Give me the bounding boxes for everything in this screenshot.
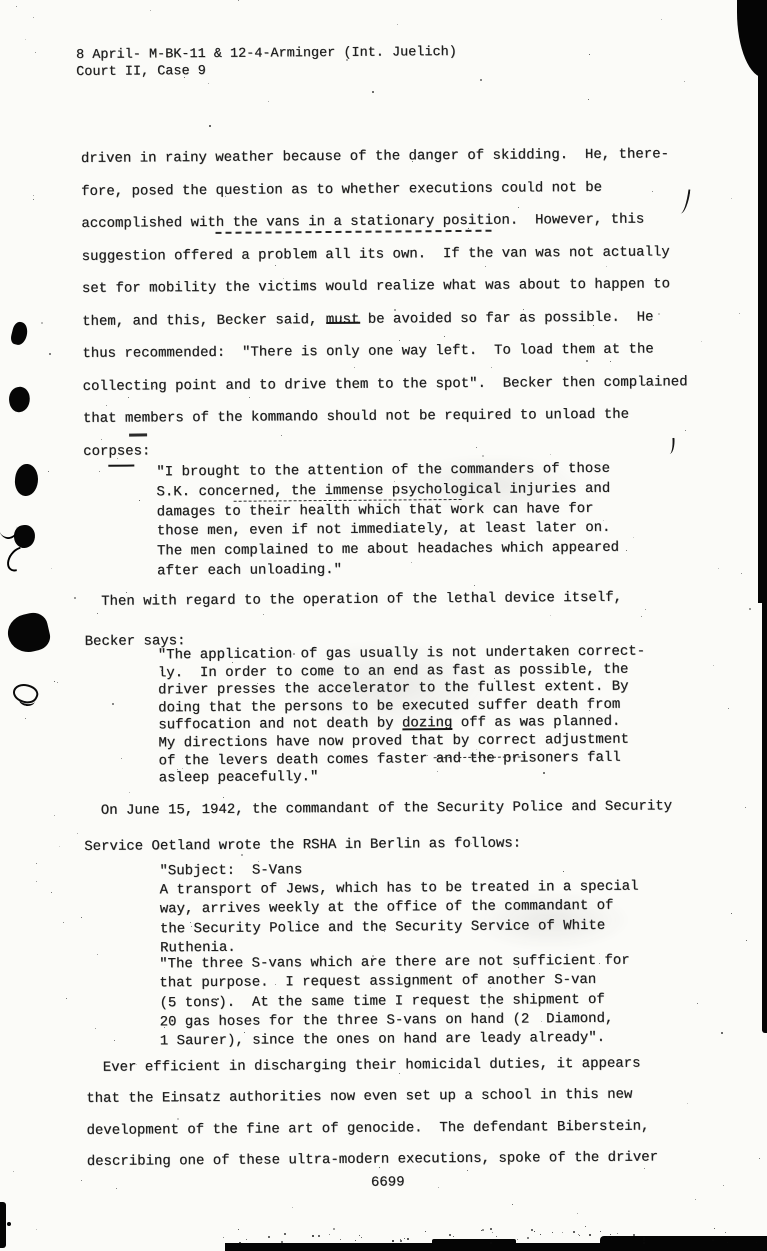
dash-mark-artifact bbox=[129, 433, 147, 436]
noise-speck bbox=[589, 1234, 591, 1236]
noise-speck bbox=[550, 615, 551, 616]
noise-speck bbox=[589, 710, 590, 711]
noise-speck bbox=[268, 101, 269, 102]
noise-speck bbox=[238, 1229, 239, 1230]
text-line: On June 15, 1942, the commandant of the … bbox=[84, 788, 672, 829]
noise-speck bbox=[249, 397, 250, 398]
noise-speck bbox=[49, 353, 51, 355]
noise-speck bbox=[541, 1021, 542, 1022]
noise-speck bbox=[33, 17, 34, 18]
text-line: The men complained to me about headaches… bbox=[157, 539, 619, 562]
noise-speck bbox=[550, 454, 551, 455]
typewritten-text-layer: 8 April- M-BK-11 & 12-4-Arminger (Int. J… bbox=[0, 0, 767, 1251]
noise-speck bbox=[238, 0, 239, 1]
scan-edge-right bbox=[758, 58, 767, 603]
noise-speck bbox=[701, 341, 702, 342]
noise-speck bbox=[518, 207, 519, 208]
noise-speck bbox=[579, 1235, 580, 1236]
text-line: accomplished with the vans in a stationa… bbox=[81, 203, 686, 240]
noise-speck bbox=[99, 471, 100, 472]
noise-speck bbox=[482, 1229, 484, 1231]
noise-speck bbox=[35, 52, 36, 53]
noise-speck bbox=[63, 922, 64, 923]
noise-speck bbox=[412, 161, 413, 162]
noise-speck bbox=[578, 1234, 579, 1235]
scan-smudge bbox=[400, 455, 580, 515]
noise-speck bbox=[727, 1242, 728, 1243]
noise-speck bbox=[74, 597, 76, 599]
noise-speck bbox=[482, 455, 484, 457]
text-line: them, and this, Becker said, must be avo… bbox=[82, 301, 687, 338]
noise-speck bbox=[749, 608, 751, 610]
noise-speck bbox=[518, 967, 519, 968]
noise-speck bbox=[658, 313, 660, 315]
noise-speck bbox=[543, 772, 545, 774]
noise-speck bbox=[512, 1204, 513, 1205]
noise-speck bbox=[54, 815, 55, 816]
scan-edge-bottom-left bbox=[7, 1222, 11, 1226]
text-line: Then with regard to the operation of the… bbox=[84, 578, 622, 622]
noise-speck bbox=[36, 863, 37, 864]
noise-speck bbox=[101, 439, 102, 440]
noise-speck bbox=[394, 309, 396, 311]
noise-speck bbox=[490, 1242, 492, 1244]
noise-speck bbox=[191, 926, 192, 927]
noise-speck bbox=[611, 1238, 612, 1239]
scan-smudge bbox=[280, 640, 500, 730]
underline-must bbox=[326, 322, 360, 324]
noise-speck bbox=[370, 413, 371, 414]
noise-speck bbox=[315, 710, 316, 711]
noise-speck bbox=[275, 984, 276, 985]
noise-speck bbox=[268, 1236, 270, 1238]
noise-speck bbox=[328, 286, 329, 287]
noise-speck bbox=[474, 585, 475, 586]
noise-speck bbox=[394, 481, 395, 482]
noise-speck bbox=[481, 671, 482, 672]
noise-speck bbox=[36, 1229, 37, 1230]
text-line: Ever efficient in discharging their homi… bbox=[86, 1048, 658, 1084]
noise-speck bbox=[340, 1239, 341, 1240]
block-quote-3b: "The three S-vans which are there are no… bbox=[159, 952, 630, 1052]
noise-speck bbox=[641, 616, 642, 617]
noise-speck bbox=[106, 405, 107, 406]
noise-speck bbox=[442, 975, 443, 976]
text-line: development of the fine art of genocide.… bbox=[86, 1111, 658, 1147]
noise-speck bbox=[610, 361, 611, 362]
noise-speck bbox=[476, 447, 477, 448]
text-line: that the Einsatz authorities now even se… bbox=[86, 1080, 658, 1116]
noise-speck bbox=[425, 1231, 426, 1232]
noise-speck bbox=[139, 500, 140, 501]
noise-speck bbox=[645, 609, 646, 610]
noise-speck bbox=[359, 1235, 360, 1236]
noise-speck bbox=[33, 199, 34, 200]
noise-speck bbox=[177, 769, 178, 770]
noise-speck bbox=[562, 1232, 563, 1233]
noise-speck bbox=[251, 1154, 252, 1155]
noise-speck bbox=[397, 24, 398, 25]
noise-speck bbox=[617, 1233, 618, 1234]
noise-speck bbox=[523, 309, 524, 310]
noise-speck bbox=[225, 196, 226, 197]
noise-speck bbox=[165, 949, 166, 950]
text-line: driven in rainy weather because of the d… bbox=[81, 138, 686, 175]
noise-speck bbox=[492, 1232, 493, 1233]
noise-speck bbox=[66, 998, 67, 999]
scan-edge-bottom bbox=[600, 1236, 767, 1246]
noise-speck bbox=[661, 19, 662, 20]
noise-speck bbox=[81, 1180, 82, 1181]
noise-speck bbox=[281, 435, 282, 436]
noise-speck bbox=[95, 1028, 96, 1029]
noise-speck bbox=[97, 613, 98, 614]
noise-speck bbox=[77, 833, 78, 834]
noise-speck bbox=[239, 1242, 241, 1244]
noise-speck bbox=[128, 397, 129, 398]
noise-speck bbox=[444, 336, 445, 337]
noise-speck bbox=[208, 83, 209, 84]
noise-speck bbox=[756, 1242, 757, 1243]
noise-speck bbox=[59, 846, 60, 847]
noise-speck bbox=[257, 683, 258, 684]
noise-speck bbox=[355, 1240, 356, 1241]
noise-speck bbox=[668, 384, 669, 385]
noise-speck bbox=[449, 1234, 451, 1236]
noise-speck bbox=[241, 854, 243, 856]
noise-speck bbox=[589, 54, 590, 55]
dash-mark-artifact bbox=[108, 465, 134, 467]
noise-speck bbox=[121, 758, 122, 759]
noise-speck bbox=[372, 91, 374, 93]
noise-speck bbox=[718, 568, 719, 569]
scan-smudge bbox=[470, 890, 630, 950]
noise-speck bbox=[136, 1064, 137, 1065]
noise-speck bbox=[36, 881, 37, 882]
paragraph-1: driven in rainy weather because of the d… bbox=[81, 138, 688, 468]
noise-speck bbox=[153, 386, 154, 387]
noise-speck bbox=[695, 1199, 696, 1200]
noise-speck bbox=[246, 1239, 247, 1240]
text-line: 8 April- M-BK-11 & 12-4-Arminger (Int. J… bbox=[76, 44, 457, 64]
noise-speck bbox=[263, 614, 264, 615]
text-line: set for mobility the victims would reali… bbox=[82, 268, 687, 305]
noise-speck bbox=[384, 931, 385, 932]
noise-speck bbox=[658, 1236, 659, 1237]
noise-speck bbox=[284, 1233, 286, 1235]
noise-speck bbox=[223, 797, 224, 798]
noise-speck bbox=[209, 125, 211, 127]
noise-speck bbox=[16, 6, 17, 7]
noise-speck bbox=[731, 198, 732, 199]
noise-speck bbox=[490, 987, 491, 988]
noise-speck bbox=[41, 322, 43, 324]
noise-speck bbox=[714, 1228, 715, 1229]
text-line: collecting point and to drive them to th… bbox=[83, 366, 688, 403]
noise-speck bbox=[534, 1231, 535, 1232]
noise-speck bbox=[190, 922, 191, 923]
noise-speck bbox=[318, 1235, 320, 1237]
noise-speck bbox=[25, 718, 26, 719]
noise-speck bbox=[329, 1234, 330, 1235]
noise-speck bbox=[161, 670, 162, 671]
noise-speck bbox=[116, 1188, 117, 1189]
noise-speck bbox=[517, 1123, 518, 1124]
noise-speck bbox=[626, 550, 627, 551]
noise-speck bbox=[471, 843, 472, 844]
document-header: 8 April- M-BK-11 & 12-4-Arminger (Int. J… bbox=[76, 44, 457, 81]
noise-speck bbox=[607, 1236, 609, 1238]
noise-speck bbox=[232, 662, 233, 663]
noise-speck bbox=[184, 77, 185, 78]
noise-speck bbox=[25, 39, 26, 40]
noise-speck bbox=[258, 861, 259, 862]
noise-speck bbox=[177, 1118, 179, 1120]
scan-edge-right bbox=[762, 595, 767, 1033]
noise-speck bbox=[275, 265, 276, 266]
noise-speck bbox=[652, 191, 653, 192]
noise-speck bbox=[746, 940, 747, 941]
paragraph-4: Ever efficient in discharging their homi… bbox=[86, 1048, 658, 1178]
noise-speck bbox=[129, 792, 130, 793]
noise-speck bbox=[33, 195, 34, 196]
noise-speck bbox=[480, 79, 482, 81]
noise-speck bbox=[494, 678, 495, 679]
noise-speck bbox=[759, 1158, 760, 1159]
noise-speck bbox=[100, 288, 101, 289]
noise-speck bbox=[178, 1100, 179, 1101]
page-number: 6699 bbox=[371, 1174, 405, 1190]
noise-speck bbox=[527, 1237, 529, 1239]
noise-speck bbox=[488, 1006, 490, 1008]
text-line: suggestion offered a problem all its own… bbox=[82, 236, 687, 273]
noise-speck bbox=[644, 1168, 645, 1169]
noise-speck bbox=[633, 1234, 635, 1236]
noise-speck bbox=[333, 1228, 335, 1230]
noise-speck bbox=[739, 313, 740, 314]
noise-speck bbox=[173, 564, 174, 565]
noise-speck bbox=[354, 367, 355, 368]
noise-speck bbox=[244, 1032, 245, 1033]
noise-speck bbox=[540, 1234, 541, 1235]
noise-speck bbox=[133, 1163, 134, 1164]
noise-speck bbox=[599, 963, 600, 964]
noise-speck bbox=[453, 1236, 454, 1237]
noise-speck bbox=[377, 756, 378, 757]
noise-speck bbox=[563, 871, 564, 872]
noise-speck bbox=[361, 1237, 362, 1238]
noise-speck bbox=[491, 367, 492, 368]
noise-speck bbox=[51, 568, 52, 569]
noise-speck bbox=[531, 1229, 533, 1231]
noise-speck bbox=[346, 59, 348, 61]
noise-speck bbox=[112, 703, 114, 705]
noise-speck bbox=[164, 1027, 165, 1028]
noise-speck bbox=[312, 1235, 314, 1237]
noise-speck bbox=[48, 471, 49, 472]
noise-speck bbox=[182, 768, 183, 769]
noise-speck bbox=[293, 653, 295, 655]
noise-speck bbox=[418, 1064, 419, 1065]
noise-speck bbox=[613, 250, 614, 251]
text-line: that members of the kommando should not … bbox=[83, 398, 688, 435]
noise-speck bbox=[210, 660, 211, 661]
noise-speck bbox=[399, 1073, 400, 1074]
noise-speck bbox=[485, 266, 486, 267]
noise-speck bbox=[725, 1232, 726, 1233]
noise-speck bbox=[684, 81, 685, 82]
noise-speck bbox=[606, 266, 607, 267]
text-line: Court II, Case 9 bbox=[76, 61, 457, 81]
noise-speck bbox=[437, 771, 438, 772]
noise-speck bbox=[411, 562, 412, 563]
noise-speck bbox=[496, 1236, 497, 1237]
noise-speck bbox=[643, 1242, 645, 1244]
text-line: describing one of these ultra-modern exe… bbox=[87, 1142, 659, 1178]
noise-speck bbox=[114, 1040, 115, 1041]
noise-speck bbox=[150, 10, 151, 11]
text-line: asleep peacefully." bbox=[159, 767, 646, 788]
noise-speck bbox=[57, 682, 58, 683]
noise-speck bbox=[517, 1239, 518, 1240]
noise-speck bbox=[573, 1231, 575, 1233]
noise-speck bbox=[600, 1231, 601, 1232]
noise-speck bbox=[218, 783, 219, 784]
noise-speck bbox=[400, 1239, 401, 1240]
noise-speck bbox=[490, 1228, 492, 1230]
noise-speck bbox=[685, 430, 686, 431]
noise-speck bbox=[392, 1240, 394, 1242]
noise-speck bbox=[404, 1238, 405, 1239]
noise-speck bbox=[476, 749, 477, 750]
noise-speck bbox=[731, 913, 732, 914]
noise-speck bbox=[407, 1238, 409, 1240]
noise-speck bbox=[379, 1167, 380, 1168]
noise-speck bbox=[481, 1230, 482, 1231]
noise-speck bbox=[292, 1207, 293, 1208]
noise-speck bbox=[728, 708, 729, 709]
noise-speck bbox=[399, 340, 400, 341]
noise-speck bbox=[438, 1187, 439, 1188]
noise-speck bbox=[243, 1068, 244, 1069]
noise-speck bbox=[721, 1032, 723, 1034]
noise-speck bbox=[168, 693, 169, 694]
noise-speck bbox=[577, 1213, 578, 1214]
noise-speck bbox=[126, 592, 127, 593]
noise-speck bbox=[712, 1239, 714, 1241]
noise-speck bbox=[467, 1170, 468, 1171]
noise-speck bbox=[687, 1103, 688, 1104]
noise-speck bbox=[223, 1237, 224, 1238]
noise-speck bbox=[400, 1240, 402, 1242]
noise-speck bbox=[107, 596, 108, 597]
scan-edge-bottom-left bbox=[0, 1202, 6, 1248]
noise-speck bbox=[372, 955, 374, 957]
noise-speck bbox=[341, 317, 342, 318]
noise-speck bbox=[281, 1241, 283, 1243]
noise-speck bbox=[603, 520, 604, 521]
noise-speck bbox=[586, 360, 588, 362]
noise-speck bbox=[81, 917, 82, 918]
text-line: thus recommended: "There is only one way… bbox=[82, 333, 687, 370]
noise-speck bbox=[633, 537, 634, 538]
noise-speck bbox=[643, 1239, 645, 1241]
noise-speck bbox=[13, 1171, 14, 1172]
noise-speck bbox=[588, 1098, 589, 1099]
noise-speck bbox=[217, 998, 219, 1000]
noise-speck bbox=[51, 892, 52, 893]
noise-speck bbox=[645, 384, 646, 385]
noise-speck bbox=[283, 278, 284, 279]
noise-speck bbox=[585, 1226, 586, 1227]
scan-edge-bottom bbox=[432, 1239, 516, 1245]
noise-speck bbox=[593, 325, 594, 326]
paragraph-3: On June 15, 1942, the commandant of the … bbox=[84, 788, 673, 865]
text-line: fore, posed the question as to whether e… bbox=[81, 171, 686, 208]
noise-speck bbox=[741, 573, 742, 574]
noise-speck bbox=[468, 228, 469, 229]
noise-speck bbox=[723, 1185, 724, 1186]
noise-speck bbox=[97, 954, 98, 955]
noise-speck bbox=[713, 665, 714, 666]
noise-speck bbox=[54, 681, 55, 682]
noise-speck bbox=[610, 1234, 611, 1235]
noise-speck bbox=[427, 755, 428, 756]
noise-speck bbox=[697, 1003, 698, 1004]
noise-speck bbox=[117, 458, 118, 459]
noise-speck bbox=[588, 99, 589, 100]
noise-speck bbox=[241, 779, 242, 780]
scanned-document-page: 8 April- M-BK-11 & 12-4-Arminger (Int. J… bbox=[0, 0, 767, 1251]
noise-speck bbox=[225, 932, 226, 933]
noise-speck bbox=[552, 1232, 553, 1233]
noise-speck bbox=[745, 807, 746, 808]
